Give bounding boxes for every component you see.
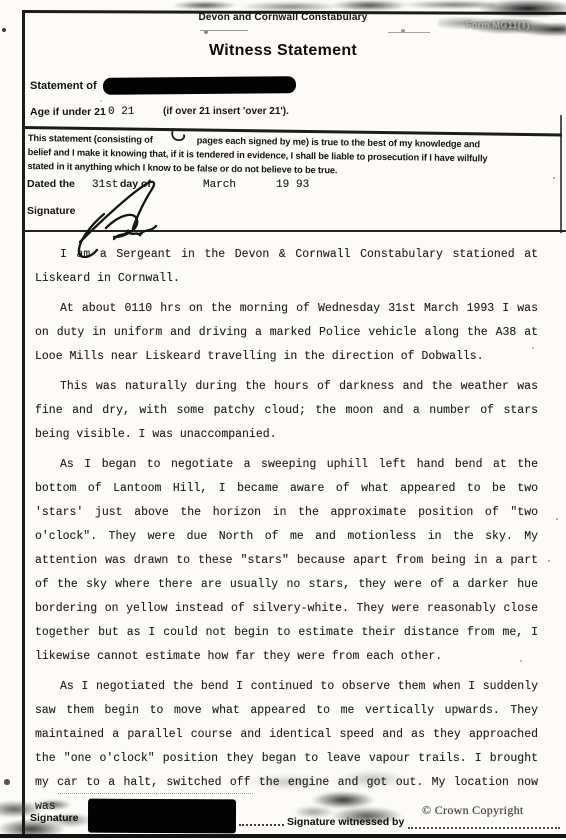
declaration-line3: stated in it anything which I know to be…	[27, 161, 337, 175]
witnessed-by-label: Signature witnessed by	[287, 816, 404, 828]
form-border-left	[22, 10, 25, 836]
witness-statement-scan: Devon and Cornwall Constabulary Form MG1…	[0, 0, 566, 840]
scan-dash-artifact	[200, 30, 248, 31]
declaration-line1-post: pages each signed by me) is true to the …	[197, 135, 480, 149]
statement-body: I am a Sergeant in the Devon & Cornwall …	[35, 243, 538, 825]
statement-paragraph: This was naturally during the hours of d…	[35, 375, 538, 447]
declaration-line1-pre: This statement (consisting of	[28, 133, 153, 145]
form-title: Witness Statement	[0, 42, 566, 60]
pages-blank	[153, 135, 197, 144]
signature-dotted-line	[239, 811, 284, 826]
handwritten-pages-mark	[163, 127, 189, 145]
age-label: Age if under 21	[30, 106, 106, 118]
statement-of-label: Statement of	[30, 80, 97, 92]
scan-dotted-artifact	[58, 780, 253, 794]
footer-signature-redaction-bar	[88, 799, 236, 834]
form-border-bottom	[0, 834, 566, 838]
date-month: March	[203, 179, 236, 191]
age-value: 0 21	[108, 106, 134, 118]
statement-paragraph: As I negotiated the bend I continued to …	[35, 675, 538, 819]
statement-paragraph: At about 0110 hrs on the morning of Wedn…	[35, 297, 538, 369]
declaration-line2: belief and I make it knowing that, if it…	[28, 147, 488, 163]
age-note: (if over 21 insert 'over 21').	[163, 106, 289, 117]
crown-copyright: © Crown Copyright	[422, 803, 524, 818]
scan-speckles	[0, 0, 2, 2]
name-redaction-bar	[103, 76, 296, 95]
scan-dash-artifact	[388, 32, 430, 33]
footer-signature-label: Signature	[30, 812, 78, 824]
handwritten-signature	[58, 176, 188, 258]
declaration-text: This statement (consisting ofpages each …	[27, 131, 560, 180]
date-year-prefix: 19	[276, 179, 289, 191]
statement-paragraph: As I began to negotiate a sweeping uphil…	[35, 453, 538, 669]
date-year: 93	[296, 179, 309, 191]
form-ref-smudge: Form MG11(T)	[438, 0, 566, 42]
form-ref: Form MG11(T)	[466, 20, 530, 30]
